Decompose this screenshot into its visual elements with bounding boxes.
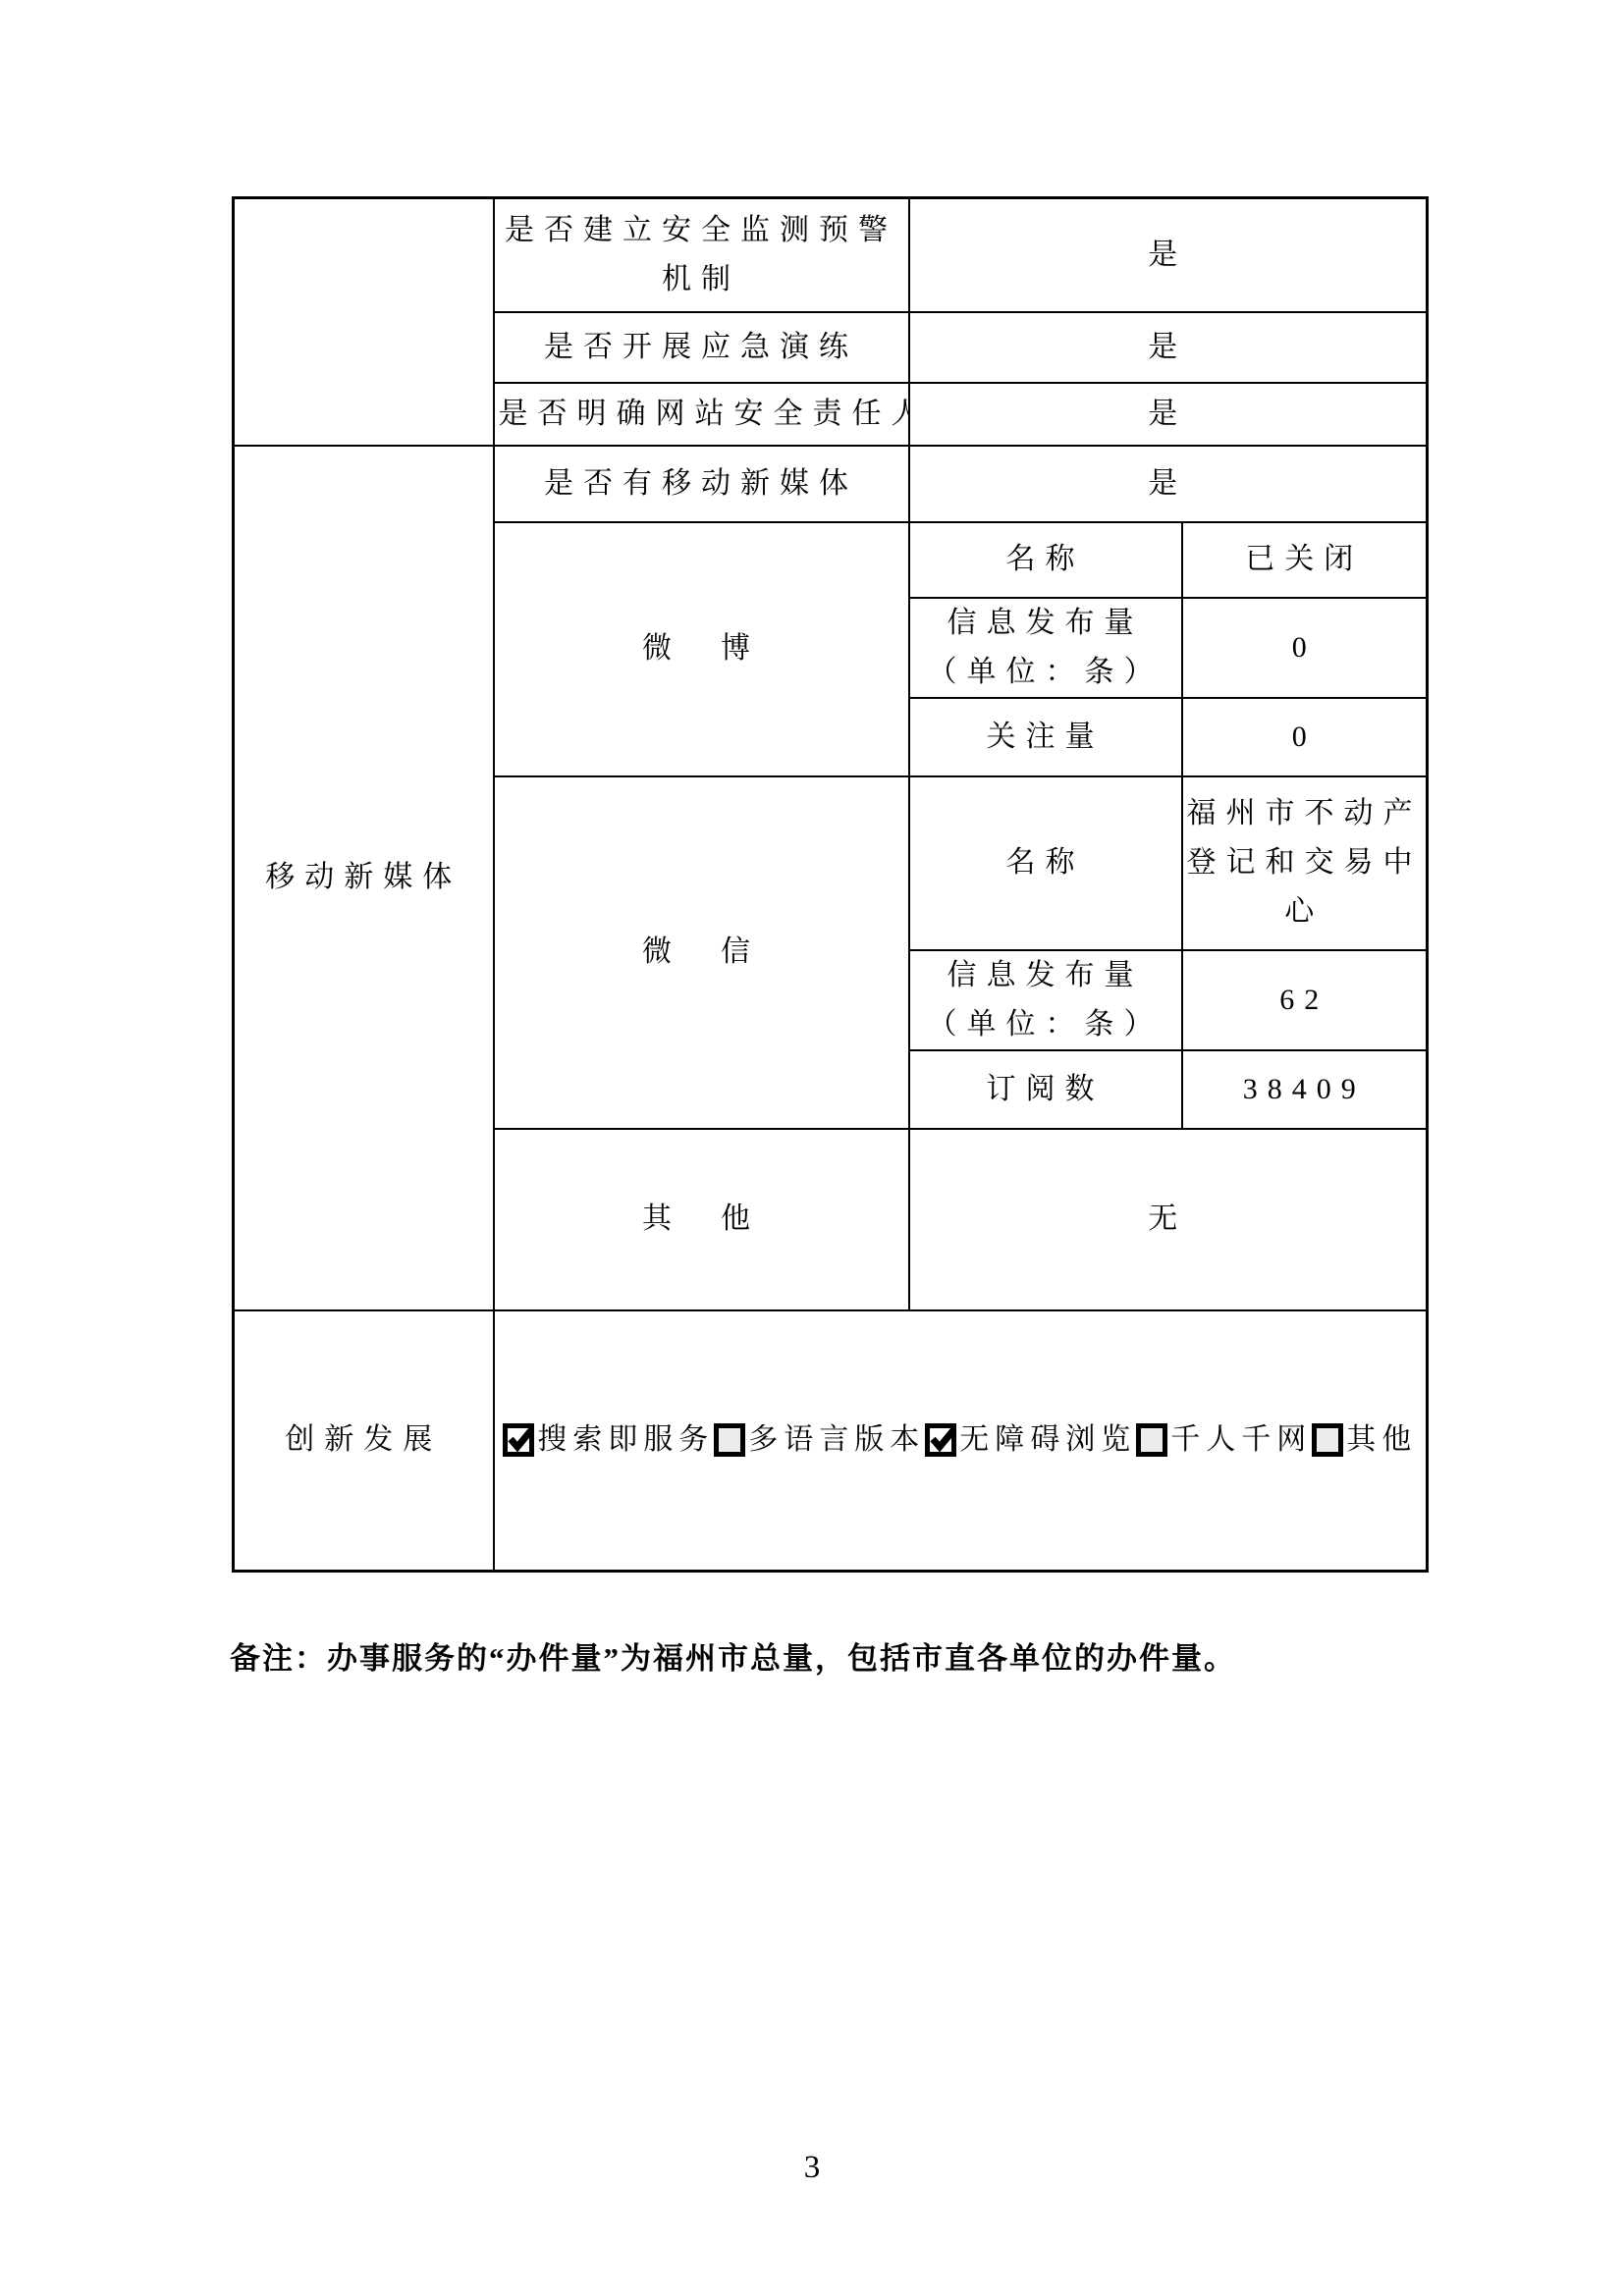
checkbox-unchecked-icon	[714, 1423, 745, 1457]
page-number: 3	[0, 2150, 1624, 2186]
answer-cell-has-mobile-media: 是	[909, 446, 1428, 522]
value-cell-weibo-posts: 0	[1182, 598, 1428, 698]
label-cell-wechat-subscribers: 订阅数	[909, 1050, 1182, 1129]
innovation-option: 其他	[1312, 1420, 1417, 1460]
value-cell-weibo-followers: 0	[1182, 698, 1428, 776]
checkbox-unchecked-icon	[1136, 1423, 1167, 1457]
checkbox-checked-icon	[503, 1423, 534, 1457]
label-cell-wechat-posts: 信息发布量 （单位：条）	[909, 950, 1182, 1050]
category-cell-empty	[234, 198, 494, 446]
innovation-option-label: 千人千网	[1170, 1420, 1312, 1460]
question-cell-has-mobile-media: 是否有移动新媒体	[494, 446, 909, 522]
innovation-option-label: 搜索即服务	[537, 1420, 714, 1460]
question-cell-security-monitoring: 是否建立安全监测预警 机制	[494, 198, 909, 312]
label-cell-weibo-posts: 信息发布量 （单位：条）	[909, 598, 1182, 698]
report-table: 是否建立安全监测预警 机制 是 是否开展应急演练 是 是否明确网站安全责任人 是…	[232, 196, 1429, 1573]
category-cell-mobile-media: 移动新媒体	[234, 446, 494, 1310]
innovation-option: 千人千网	[1136, 1420, 1312, 1460]
value-cell-other: 无	[909, 1129, 1428, 1310]
label-cell-wechat-name: 名称	[909, 776, 1182, 950]
subcategory-cell-other: 其 他	[494, 1129, 909, 1310]
innovation-option-label: 其他	[1346, 1420, 1417, 1460]
innovation-option: 多语言版本	[714, 1420, 925, 1460]
subcategory-cell-wechat: 微 信	[494, 776, 909, 1129]
category-cell-innovation: 创新发展	[234, 1310, 494, 1572]
footnote: 备注：办事服务的“办件量”为福州市总量，包括市直各单位的办件量。	[230, 1637, 1408, 1681]
subcategory-cell-weibo: 微 博	[494, 522, 909, 776]
innovation-option: 无障碍浏览	[925, 1420, 1136, 1460]
question-cell-emergency-drill: 是否开展应急演练	[494, 312, 909, 383]
innovation-option-label: 多语言版本	[748, 1420, 925, 1460]
innovation-option-label: 无障碍浏览	[959, 1420, 1136, 1460]
answer-cell-security-monitoring: 是	[909, 198, 1428, 312]
value-cell-wechat-posts: 62	[1182, 950, 1428, 1050]
question-cell-security-responsible: 是否明确网站安全责任人	[494, 383, 909, 446]
innovation-option: 搜索即服务	[503, 1420, 714, 1460]
value-cell-wechat-subscribers: 38409	[1182, 1050, 1428, 1129]
checkbox-unchecked-icon	[1312, 1423, 1343, 1457]
label-cell-weibo-name: 名称	[909, 522, 1182, 598]
value-cell-wechat-name: 福州市不动产 登记和交易中 心	[1182, 776, 1428, 950]
answer-cell-emergency-drill: 是	[909, 312, 1428, 383]
checkbox-checked-icon	[925, 1423, 956, 1457]
document-page: 是否建立安全监测预警 机制 是 是否开展应急演练 是 是否明确网站安全责任人 是…	[0, 0, 1624, 2296]
label-cell-weibo-followers: 关注量	[909, 698, 1182, 776]
innovation-options-cell: 搜索即服务多语言版本无障碍浏览千人千网其他	[494, 1310, 1428, 1572]
value-cell-weibo-name: 已关闭	[1182, 522, 1428, 598]
answer-cell-security-responsible: 是	[909, 383, 1428, 446]
innovation-options: 搜索即服务多语言版本无障碍浏览千人千网其他	[499, 1420, 1423, 1460]
